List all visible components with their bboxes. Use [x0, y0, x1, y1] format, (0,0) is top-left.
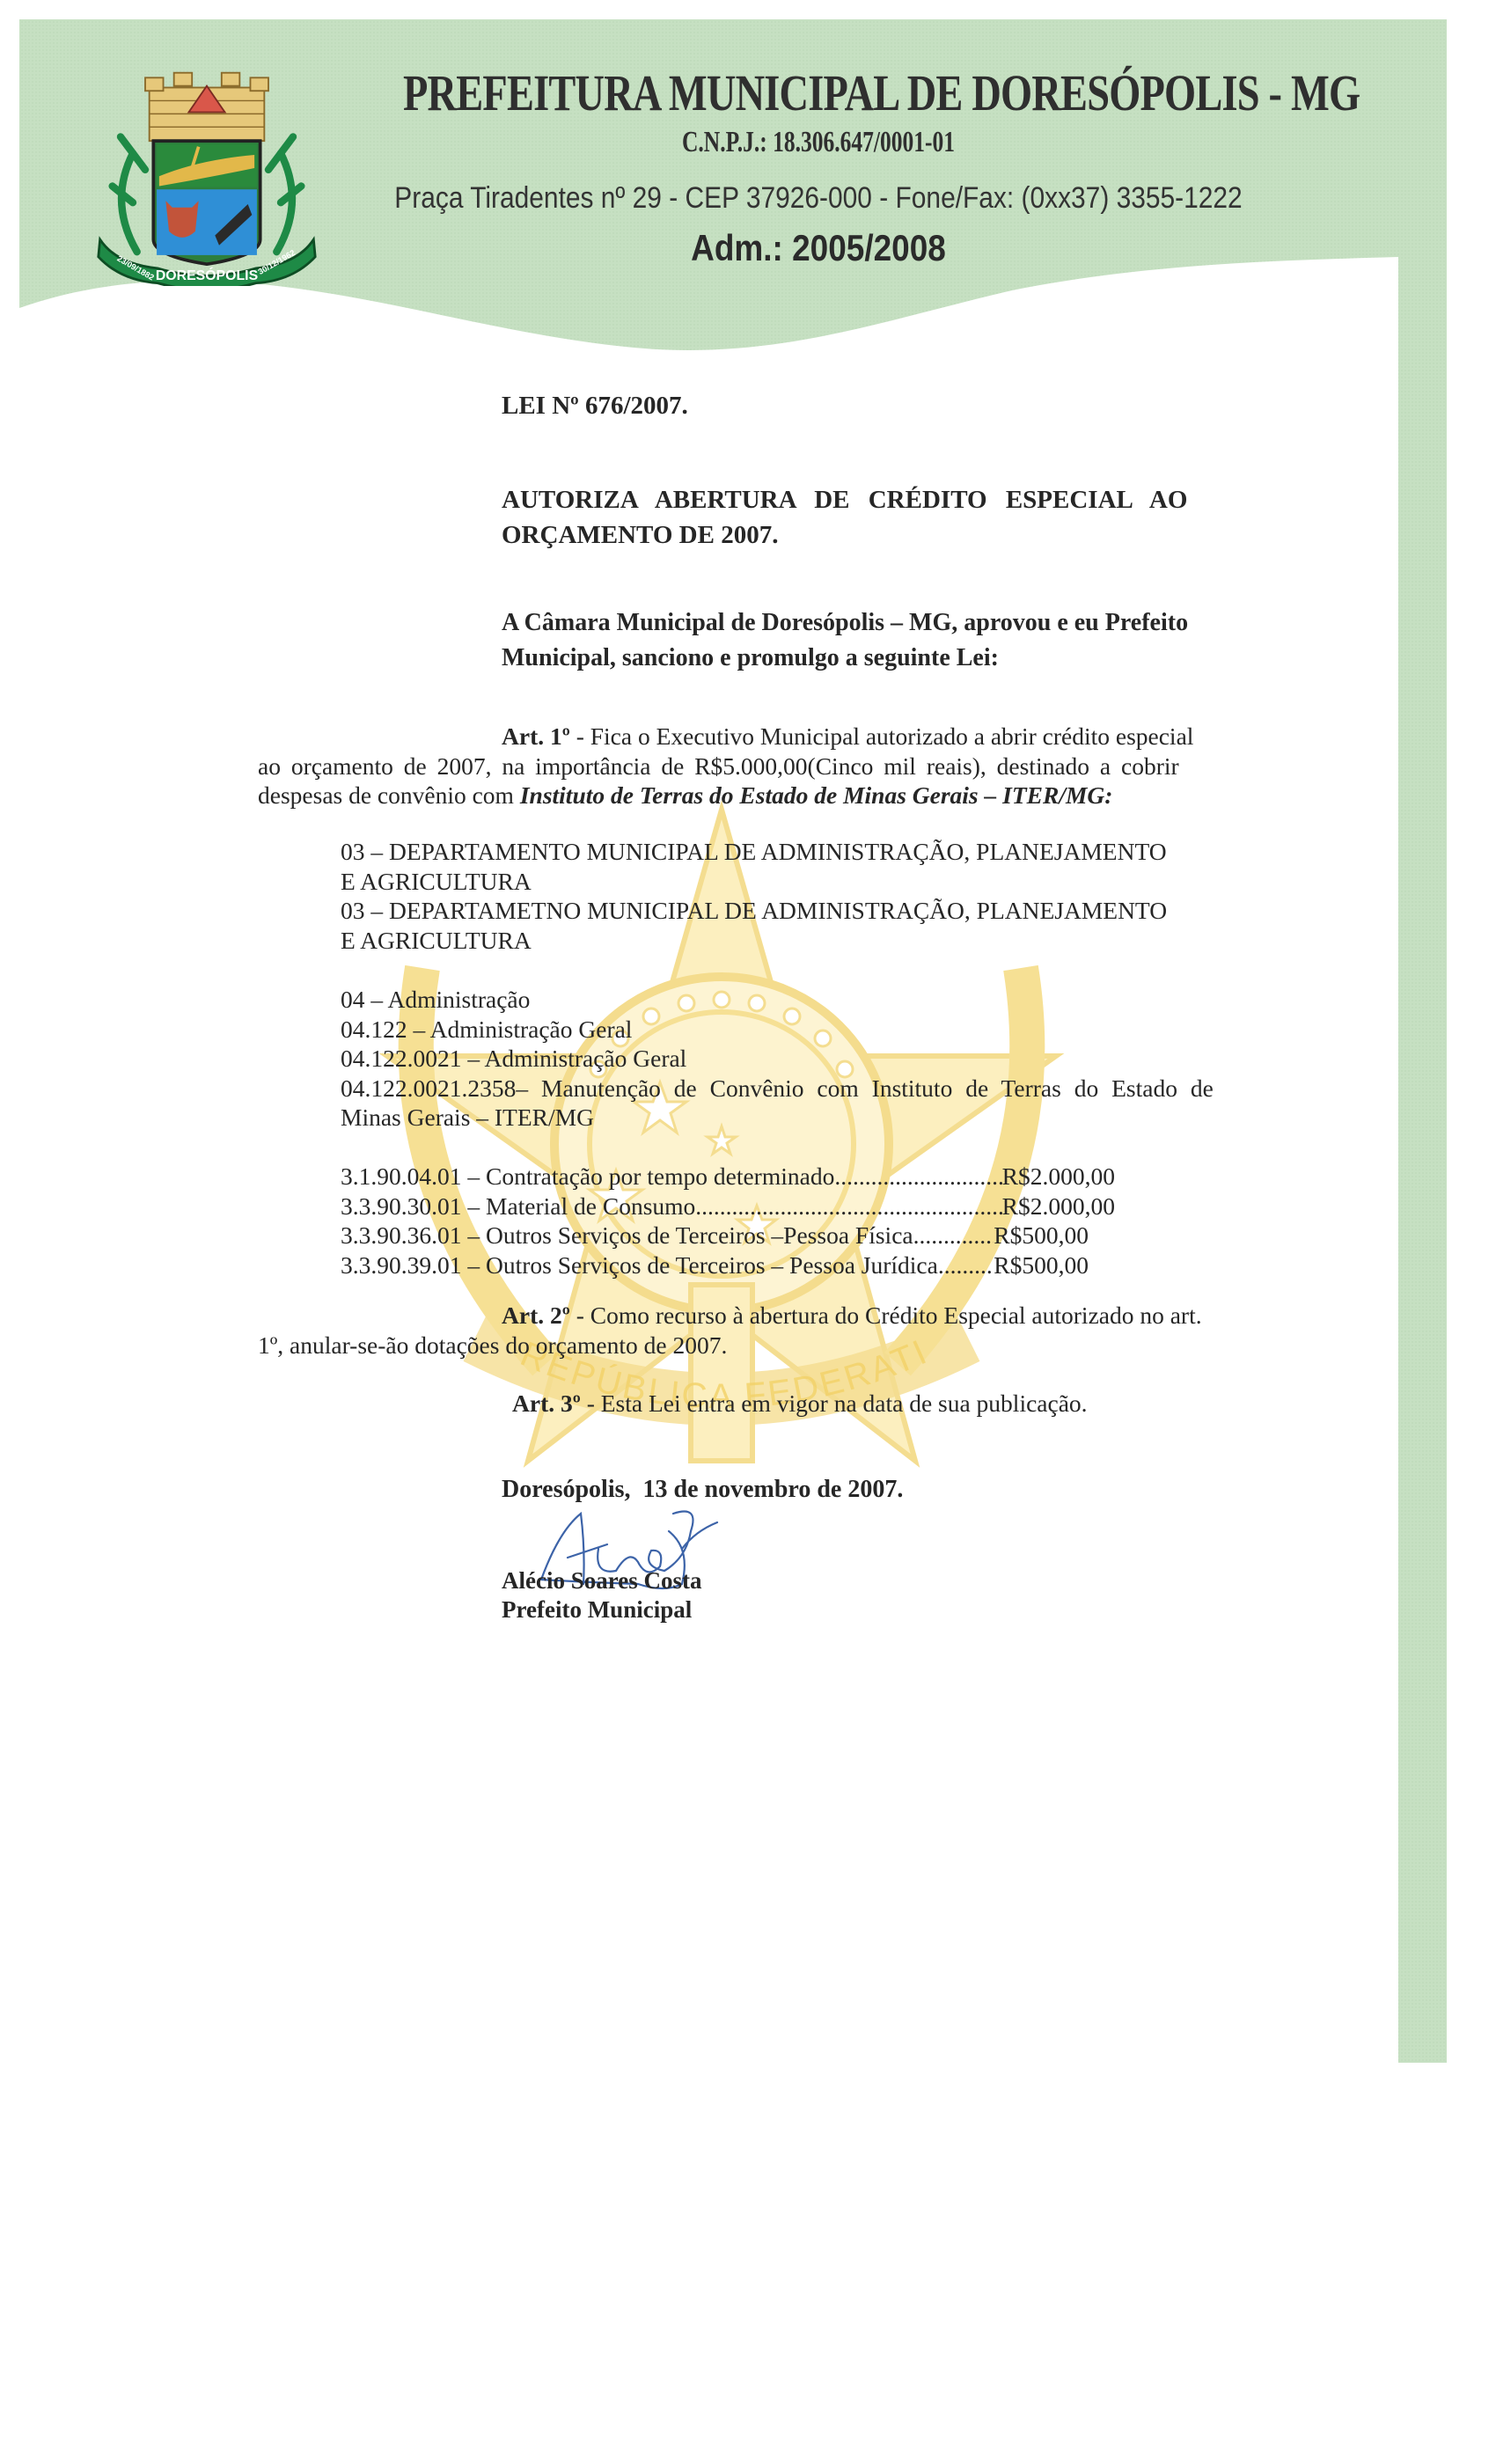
article-2-text-2: 1º, anular-se-ão dotações do orçamento d…: [258, 1331, 1241, 1360]
article-1-text-3: despesas de convênio com: [258, 781, 520, 809]
program-line: 04 – Administração: [341, 985, 1241, 1015]
municipal-crest-icon: DORESÓPOLIS 23/09/1882 30/12/1962: [84, 62, 330, 286]
expense-list: 3.1.90.04.01 – Contratação por tempo det…: [341, 1162, 1115, 1280]
article-1-label: Art. 1º: [502, 722, 570, 750]
signer-role: Prefeito Municipal: [502, 1595, 692, 1625]
expense-description: 3.3.90.30.01 – Material de Consumo: [341, 1192, 695, 1221]
article-3: Art. 3º - Esta Lei entra em vigor na dat…: [512, 1389, 1088, 1419]
expense-row: 3.1.90.04.01 – Contratação por tempo det…: [341, 1162, 1115, 1192]
expense-row: 3.3.90.30.01 – Material de ConsumoR$2.00…: [341, 1192, 1115, 1221]
expense-amount: R$500,00: [994, 1250, 1089, 1280]
article-1-text-2: ao orçamento de 2007, na importância de …: [258, 752, 1241, 781]
law-subject-line: ORÇAMENTO DE 2007.: [502, 517, 1241, 553]
article-3-label: Art. 3º: [512, 1390, 581, 1417]
leader-dots: [913, 1221, 994, 1250]
law-subject-line-1: AUTORIZA ABERTURA DE CRÉDITO ESPECIAL AO: [502, 482, 1187, 517]
expense-amount: R$500,00: [994, 1221, 1089, 1250]
article-3-text: - Esta Lei entra em vigor na data de sua…: [581, 1390, 1088, 1417]
article-2: Art. 2º - Como recurso à abertura do Cré…: [258, 1301, 1241, 1360]
article-2-text-1: - Como recurso à abertura do Crédito Esp…: [570, 1302, 1202, 1329]
program-line: Minas Gerais – ITER/MG: [341, 1103, 1241, 1133]
crest-banner-text: DORESÓPOLIS: [156, 267, 258, 283]
department-line: E AGRICULTURA: [341, 867, 1241, 897]
expense-description: 3.3.90.39.01 – Outros Serviços de Tercei…: [341, 1250, 938, 1280]
program-line: 04.122 – Administração Geral: [341, 1015, 1241, 1045]
letterhead-address: Praça Tiradentes nº 29 - CEP 37926-000 -…: [362, 181, 1275, 216]
program-line: 04.122.0021 – Administração Geral: [341, 1044, 1241, 1074]
law-number: LEI Nº 676/2007.: [502, 392, 688, 422]
preamble: A Câmara Municipal de Doresópolis – MG, …: [502, 605, 1241, 676]
preamble-line-2: Municipal, sanciono e promulgo a seguint…: [502, 641, 1241, 676]
expense-description: 3.1.90.04.01 – Contratação por tempo det…: [341, 1162, 834, 1192]
law-subject-line: AUTORIZA ABERTURA DE CRÉDITO ESPECIAL AO: [502, 482, 1241, 517]
expense-amount: R$2.000,00: [1002, 1162, 1115, 1192]
department-line: 03 – DEPARTAMENTO MUNICIPAL DE ADMINISTR…: [341, 837, 1241, 867]
letterhead-administration: Adm.: 2005/2008: [362, 227, 1275, 269]
letterhead-title: PREFEITURA MUNICIPAL DE DORESÓPOLIS - MG: [403, 63, 1234, 122]
leader-dots: [938, 1250, 994, 1280]
law-subject: AUTORIZA ABERTURA DE CRÉDITO ESPECIAL AO…: [502, 482, 1241, 553]
letterhead-cnpj: C.N.P.J.: 18.306.647/0001-01: [429, 126, 1208, 159]
department-line: E AGRICULTURA: [341, 926, 1241, 956]
signer-name: Alécio Soares Costa: [502, 1566, 701, 1596]
preamble-line-1: A Câmara Municipal de Doresópolis – MG, …: [502, 605, 1241, 641]
expense-description: 3.3.90.36.01 – Outros Serviços de Tercei…: [341, 1221, 913, 1250]
expense-row: 3.3.90.39.01 – Outros Serviços de Tercei…: [341, 1250, 1089, 1280]
department-line: 03 – DEPARTAMETNO MUNICIPAL DE ADMINISTR…: [341, 896, 1241, 926]
leader-dots: [834, 1162, 1001, 1192]
article-1-institution: Instituto de Terras do Estado de Minas G…: [520, 781, 1113, 809]
article-1-text-1: - Fica o Executivo Municipal autorizado …: [570, 722, 1194, 750]
program-line: 04.122.0021.2358– Manutenção de Convênio…: [341, 1074, 1241, 1104]
expense-amount: R$2.000,00: [1002, 1192, 1115, 1221]
leader-dots: [695, 1192, 1001, 1221]
article-2-label: Art. 2º: [502, 1302, 570, 1329]
department-list: 03 – DEPARTAMENTO MUNICIPAL DE ADMINISTR…: [341, 837, 1241, 955]
program-list: 04 – Administração 04.122 – Administraçã…: [341, 985, 1241, 1133]
expense-row: 3.3.90.36.01 – Outros Serviços de Tercei…: [341, 1221, 1089, 1250]
article-1: Art. 1º - Fica o Executivo Municipal aut…: [258, 722, 1241, 810]
